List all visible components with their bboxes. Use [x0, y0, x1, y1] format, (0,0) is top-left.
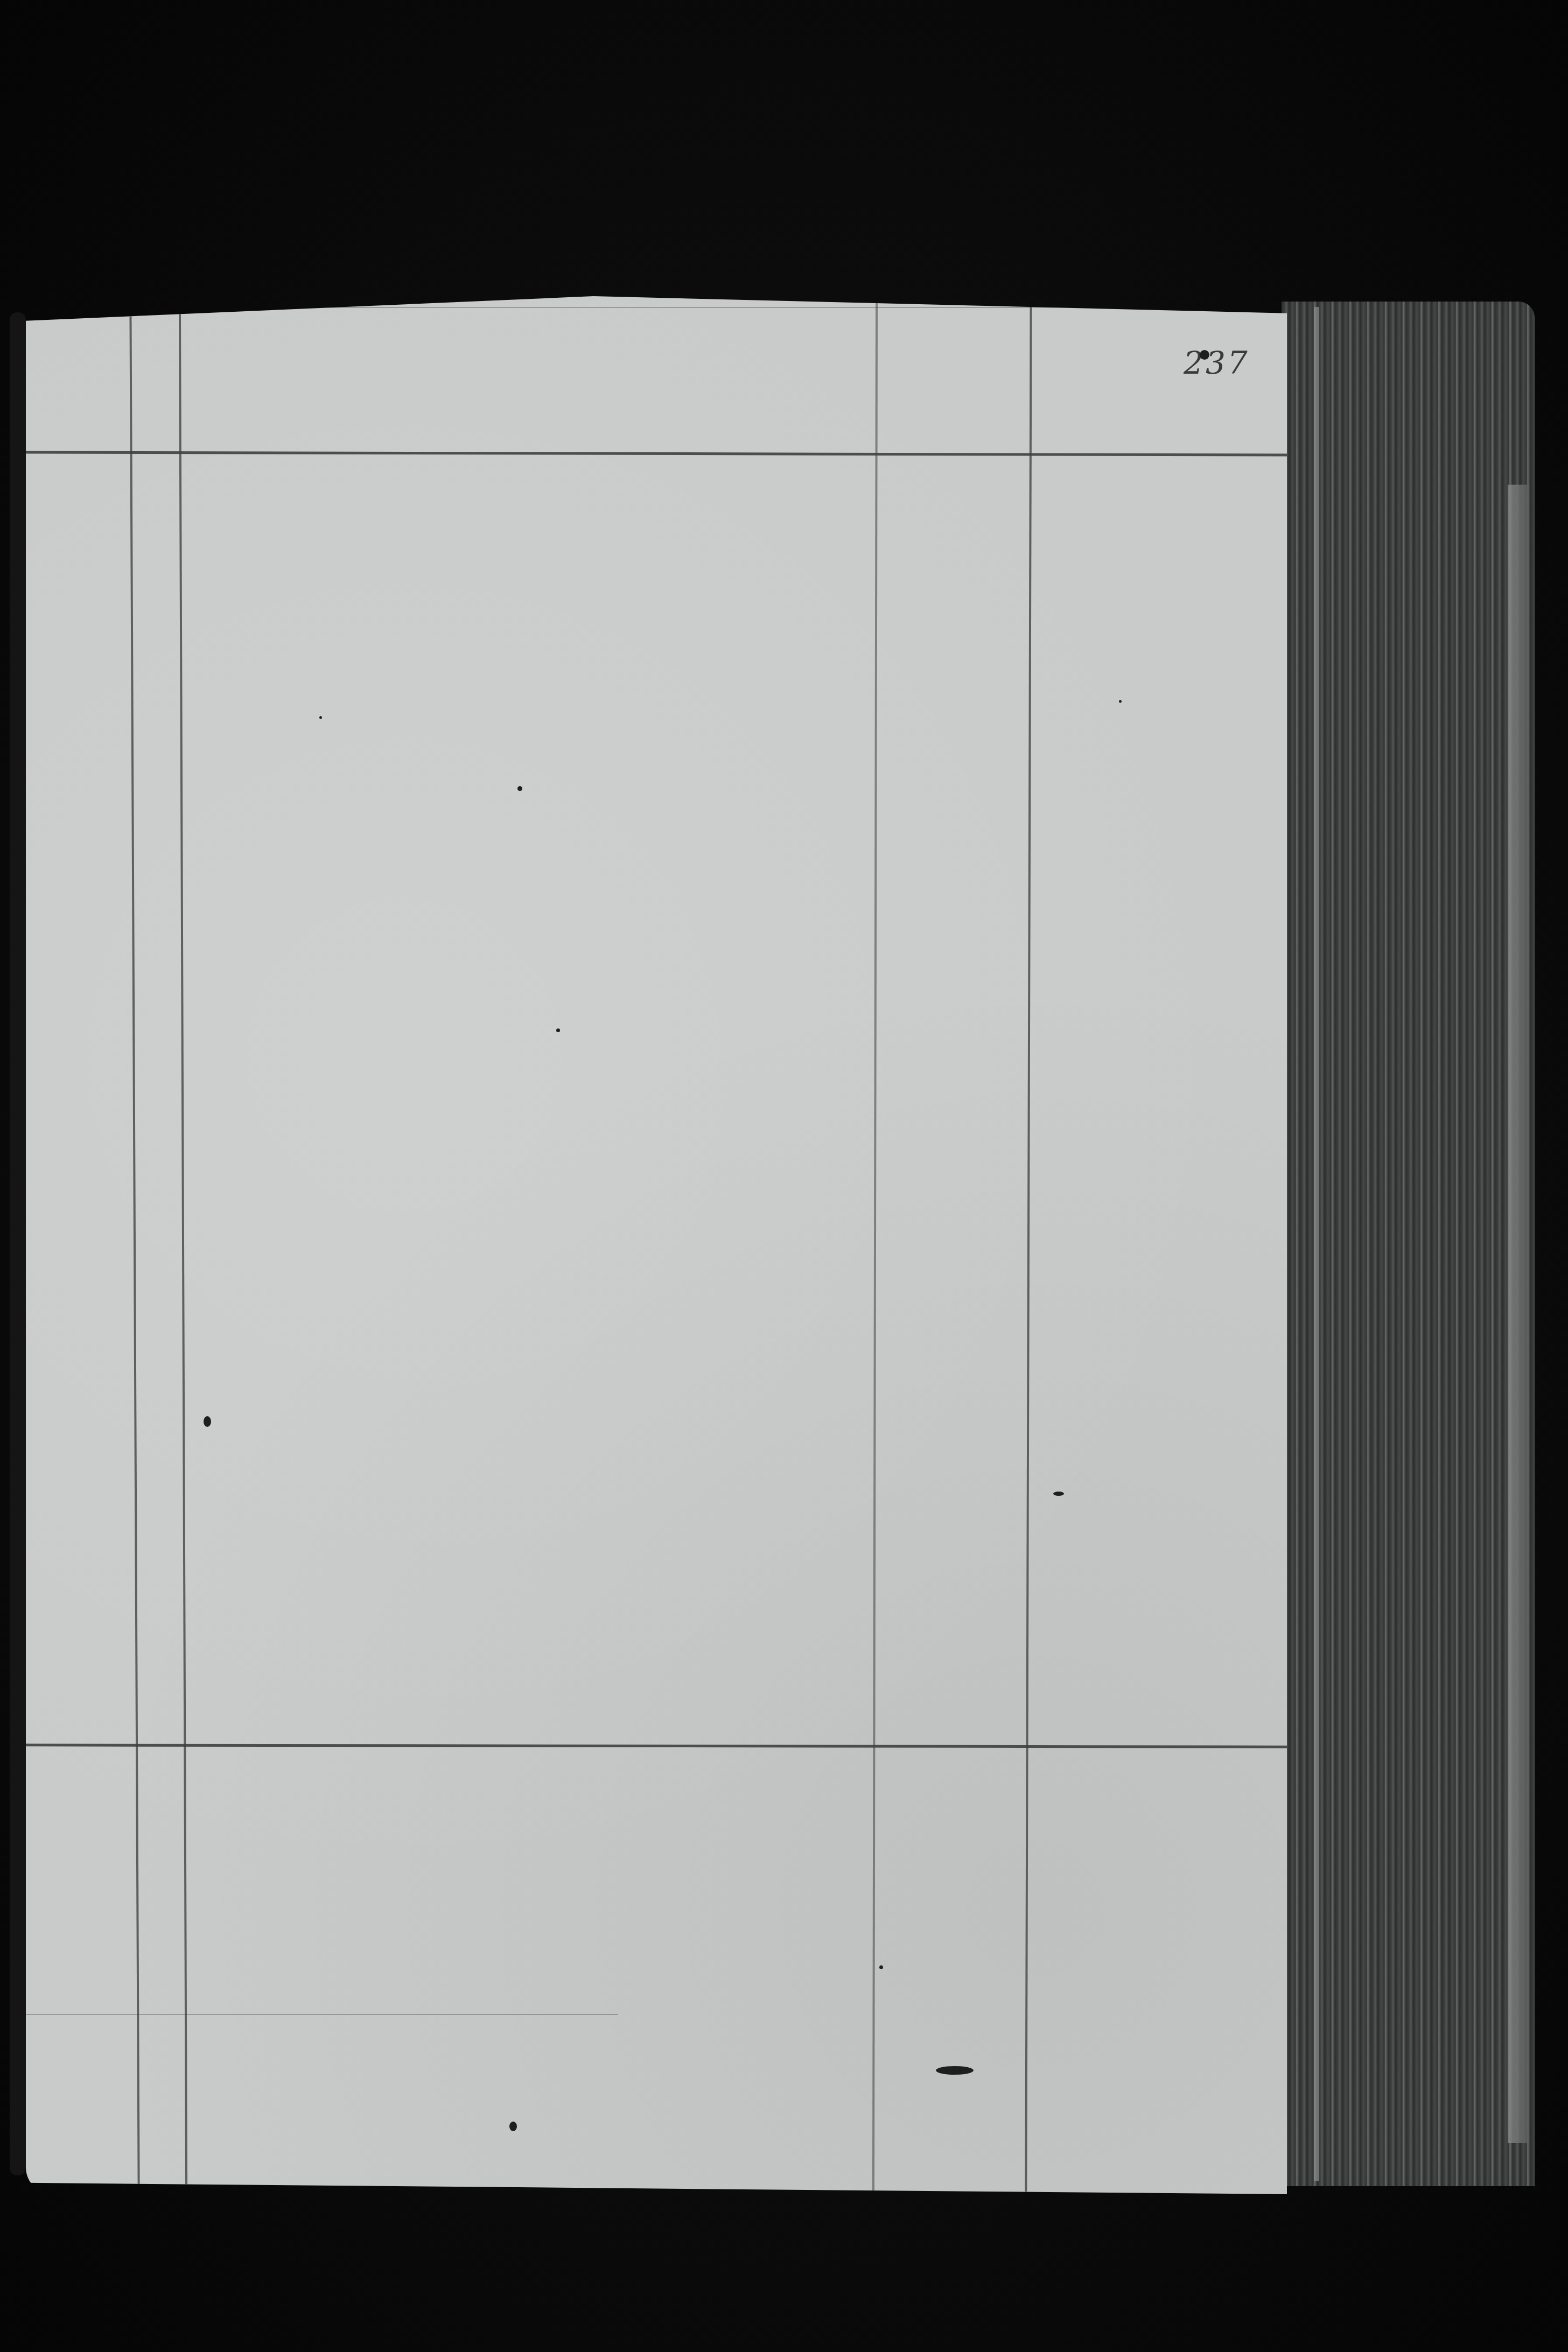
ink-speck — [1053, 1492, 1064, 1496]
column-rule-3 — [872, 296, 878, 2192]
ink-speck — [204, 1416, 211, 1427]
ink-speck — [1200, 350, 1209, 360]
column-rule-4 — [1025, 296, 1032, 2192]
ink-speck — [517, 786, 522, 791]
column-rule-2 — [179, 296, 187, 2186]
fore-edge-highlight — [1314, 307, 1319, 2181]
ink-speck — [556, 1028, 560, 1032]
ink-speck — [509, 2122, 517, 2131]
page-number: 237 — [1184, 345, 1250, 381]
footer-rule — [26, 1744, 1287, 1748]
ink-speck — [879, 1965, 883, 1969]
ledger-page: 237 — [26, 296, 1287, 2194]
left-page-edge — [10, 312, 26, 2175]
ink-speck — [319, 716, 322, 719]
ink-speck — [936, 2066, 974, 2075]
ink-speck — [1119, 700, 1122, 703]
fore-edge-outer-leaves — [1508, 485, 1529, 2143]
column-rule-1 — [129, 302, 139, 2186]
header-rule — [26, 451, 1287, 457]
faint-bottom-rule — [26, 2014, 618, 2015]
book-fore-edge — [1282, 302, 1535, 2186]
